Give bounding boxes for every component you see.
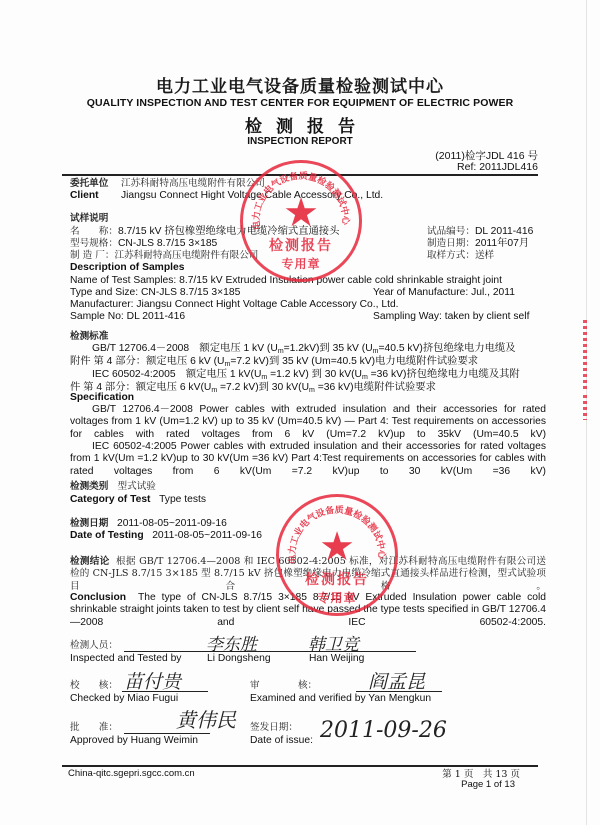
sample-name-label-cn: 名 称： <box>70 226 118 237</box>
mfg-date-value-cn: 2011年07月 <box>475 238 529 249</box>
inspection-report-page: 电力工业电气设备质量检验测试中心 QUALITY INSPECTION AND … <box>0 0 600 825</box>
perforation-seal-mark <box>583 320 587 390</box>
inspector-2-name: Han Weijing <box>309 653 364 665</box>
manufacturer-en: Manufacturer: Jiangsu Connect Hight Volt… <box>70 299 399 311</box>
std2-cn-c: =36 kV)挤包绝缘电力电缆及其附 <box>368 369 520 380</box>
sample-no-cn: 试品编号：DL 2011-416 <box>427 226 533 238</box>
center-title-cn: 电力工业电气设备质量检验测试中心 <box>0 72 600 97</box>
page-number-cn: 第 1 页 共 13 页 <box>442 766 520 780</box>
signature-approved: 黄伟民 <box>176 704 236 733</box>
sample-mfr-cn: 制 造 厂：江苏科耐特高压电缆附件有限公司 <box>70 250 258 262</box>
testing-date-label-en: Date of Testing <box>70 530 144 541</box>
examined-label-en: Examined and verified by Yan Mengkun <box>250 693 431 705</box>
signature-checked: 苗付贵 <box>124 667 181 694</box>
signature-inspector-2: 韩卫竞 <box>308 630 359 655</box>
mfg-date-label-cn: 制造日期： <box>427 238 475 249</box>
specification-heading-en: Specification <box>70 392 134 404</box>
seal-text-1: 检测报告 <box>279 569 395 589</box>
reference-number-en: Ref: 2011JDL416 <box>457 161 538 173</box>
testing-date-label-cn: 检测日期 <box>70 518 108 529</box>
seal-star-icon: ★ <box>243 193 359 233</box>
perforation-seal-mark <box>583 395 587 420</box>
std2-cn-a: IEC 60502-4:2005 额定电压 1 kV(U <box>92 369 261 380</box>
report-title-en: INSPECTION REPORT <box>0 136 600 147</box>
seal-text-2: 专用章 <box>279 589 395 606</box>
category-label-cn: 检测类别 <box>70 481 108 492</box>
category-value-en: Type tests <box>159 494 206 505</box>
std1-cn-a: GB/T 12706.4－2008 额定电压 1 kV (U <box>92 343 278 354</box>
official-seal-stamp-top: 电力工业电气设备质量检验测试中心 ★ 检测报告 专用章 <box>240 160 362 282</box>
sample-type-cn: 型号规格：CN-JLS 8.7/15 3×185 <box>70 238 217 250</box>
samples-heading-cn: 试样说明 <box>70 213 108 225</box>
signature-inspector-1: 李东胜 <box>206 630 257 655</box>
issue-date-label-cn: 签发日期： <box>250 722 298 734</box>
std1-cn-line2-a: 附件 第 4 部分：额定电压 6 kV (U <box>70 356 224 367</box>
std1-cn-line2-b: =7.2 kV)到 35 kV (Um=40.5 kV)电力电缆附件试验要求 <box>230 356 478 367</box>
mfg-date-cn: 制造日期：2011年07月 <box>427 238 529 250</box>
std1-cn-c: =40.5 kV)挤包绝缘电力电缆及 <box>379 343 516 354</box>
category-label-en: Category of Test <box>70 494 150 505</box>
inspected-label-en: Inspected and Tested by <box>70 653 181 665</box>
sample-mfr-label-cn: 制 造 厂： <box>70 250 114 261</box>
sampling-label-cn: 取样方式： <box>427 250 475 261</box>
testing-date-cn: 检测日期 2011-08-05~2011-09-16 <box>70 518 227 530</box>
report-title-cn: 检测报告 <box>0 112 600 137</box>
approved-signature-line <box>124 733 210 734</box>
testing-date-en: Date of Testing 2011-08-05~2011-09-16 <box>70 530 262 542</box>
sample-mfr-value-cn: 江苏科耐特高压电缆附件有限公司 <box>114 250 258 261</box>
conclusion-label-cn: 检测结论 <box>70 556 109 567</box>
sample-type-value-cn: CN-JLS 8.7/15 3×185 <box>118 238 217 249</box>
official-seal-stamp-bottom: 电力工业电气设备质量检验测试中心 ★ 检测报告 专用章 <box>276 494 398 616</box>
std1-cn-b: =1.2kV)到 35 kV (U <box>284 343 373 354</box>
inspected-signature-line <box>124 651 416 652</box>
sampling-cn: 取样方式：送样 <box>427 250 494 262</box>
seal-star-icon: ★ <box>279 527 395 567</box>
sample-no-value-cn: DL 2011-416 <box>475 226 533 237</box>
category-cn: 检测类别 型式试验 <box>70 481 156 493</box>
category-value-cn: 型式试验 <box>118 481 156 492</box>
checked-label-en: Checked by Miao Fugui <box>70 693 178 705</box>
signature-examined: 阎孟昆 <box>368 667 425 694</box>
standards-heading-cn: 检测标准 <box>70 331 108 343</box>
seal-text-2: 专用章 <box>243 255 359 272</box>
page-number-en: Page 1 of 13 <box>461 779 515 790</box>
sample-no-label-cn: 试品编号： <box>427 226 475 237</box>
inspected-label-cn: 检测人员： <box>70 640 118 652</box>
checked-label-cn: 校 核： <box>70 680 118 692</box>
sampling-way-en: Sampling Way: taken by client self <box>373 311 529 323</box>
std2-cn-line2-b: =7.2 kV)到 30 kV(U <box>217 382 309 393</box>
year-of-manufacture-en: Year of Manufacture: Jul., 2011 <box>373 287 515 299</box>
category-en: Category of Test Type tests <box>70 494 206 506</box>
sampling-value-cn: 送样 <box>475 250 494 261</box>
issue-date-label-en: Date of issue: <box>250 735 313 747</box>
sample-type-en: Type and Size: CN-JLS 8.7/15 3×185 <box>70 287 240 299</box>
footer-website: China-qitc.sgepri.sgcc.com.cn <box>68 768 195 779</box>
approved-label-en: Approved by Huang Weimin <box>70 735 198 747</box>
examined-label-cn: 审 核： <box>250 680 317 692</box>
client-label-en: Client <box>70 190 99 202</box>
std2-cn-line2-c: =36 kV)电缆附件试验要求 <box>315 382 436 393</box>
center-title-en: QUALITY INSPECTION AND TEST CENTER FOR E… <box>0 97 600 109</box>
sample-no-en: Sample No: DL 2011-416 <box>70 311 185 323</box>
conclusion-label-en: Conclusion <box>70 592 126 603</box>
testing-date-value-en: 2011-08-05~2011-09-16 <box>152 530 262 541</box>
testing-date-value-cn: 2011-08-05~2011-09-16 <box>117 518 227 529</box>
samples-heading-en: Description of Samples <box>70 262 184 274</box>
approved-label-cn: 批 准： <box>70 722 118 734</box>
seal-text-1: 检测报告 <box>243 235 359 255</box>
std2-cn-b: =1.2 kV) 到 30 kV(U <box>267 369 362 380</box>
sample-type-label-cn: 型号规格： <box>70 238 118 249</box>
issue-date-handwritten: 2011-09-26 <box>320 718 447 743</box>
inspector-1-name: Li Dongsheng <box>207 653 271 665</box>
client-label-cn: 委托单位 <box>70 178 108 190</box>
